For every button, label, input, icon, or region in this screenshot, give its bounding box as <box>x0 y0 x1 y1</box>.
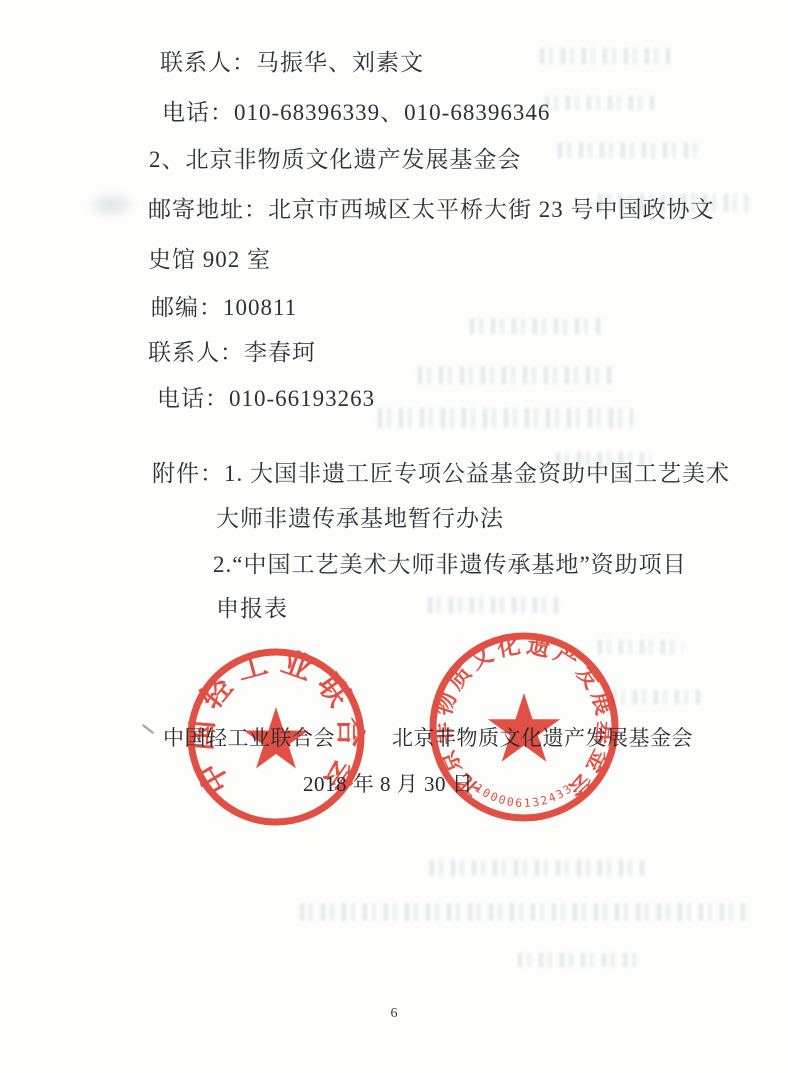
contact-person-line-1: 联系人：马振华、刘素文 <box>160 44 424 77</box>
signature-org-right: 北京非物质文化遗产发展基金会 <box>392 722 693 752</box>
scanned-document-page: 联系人：马振华、刘素文 电话：010-68396339、010-68396346… <box>0 0 788 1073</box>
page-number: 6 <box>0 1006 788 1022</box>
org-2-heading: 2、北京非物质文化遗产发展基金会 <box>149 141 522 174</box>
phone-line-1: 电话：010-68396339、010-68396346 <box>162 94 550 127</box>
bleedthrough-artifact <box>418 366 613 384</box>
bleedthrough-artifact <box>470 318 600 334</box>
postal-code-line: 邮编：100811 <box>151 289 297 322</box>
phone-line-2: 电话：010-66193263 <box>157 380 375 413</box>
bleedthrough-artifact <box>378 408 633 428</box>
bleedthrough-artifact <box>518 953 643 967</box>
signature-org-left: 中国轻工业联合会 <box>163 722 335 752</box>
pen-mark-artifact <box>142 724 154 734</box>
bleedthrough-artifact <box>540 48 670 64</box>
signature-date: 2018 年 8 月 30 日 <box>303 768 473 798</box>
seal-serial-number: 100006132433 <box>472 781 575 810</box>
contact-person-line-2: 联系人：李春珂 <box>148 334 316 367</box>
bleedthrough-artifact <box>84 190 138 220</box>
attachments-line-2: 大师非遗传承基地暂行办法 <box>216 500 504 533</box>
bleedthrough-artifact <box>428 597 563 613</box>
attachments-line-4: 申报表 <box>216 590 288 623</box>
bleedthrough-artifact <box>545 96 655 110</box>
bleedthrough-artifact <box>612 690 702 704</box>
mailing-address-line-1: 邮寄地址：北京市西城区太平桥大街 23 号中国政协文 <box>148 191 715 224</box>
mailing-address-line-2: 史馆 902 室 <box>148 241 271 274</box>
bleedthrough-artifact <box>558 142 698 158</box>
attachments-line-3: 2.“中国工艺美术大师非遗传承基地”资助项目 <box>213 546 687 579</box>
attachments-line-1: 附件：1. 大国非遗工匠专项公益基金资助中国工艺美术 <box>152 455 730 488</box>
bleedthrough-artifact <box>300 903 750 921</box>
bleedthrough-artifact <box>430 860 645 876</box>
